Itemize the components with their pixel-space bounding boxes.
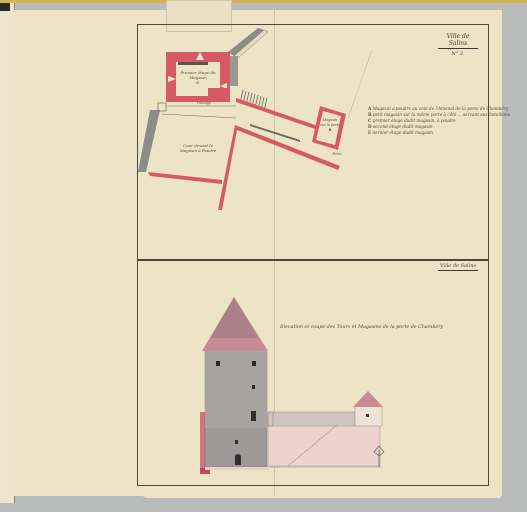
plan-title: Ville de Salins N° 2. <box>438 33 478 57</box>
tower-elevation <box>200 297 384 474</box>
drawings <box>0 0 527 512</box>
legend-item: E dernier étage dudit magasin <box>368 130 510 136</box>
passage-label: Passage <box>192 101 216 106</box>
elevation-title: Ville de Salins <box>438 262 478 272</box>
plan-title-text: Ville de Salins <box>447 33 470 47</box>
plan-number: N° 2. <box>451 51 464 57</box>
elevation-caption: Elevation et coupe des Tours et Magasins… <box>280 325 443 330</box>
small-tower-label: Magasin sur la porte B <box>320 118 340 133</box>
plan-legend: A Magasin a poudre au coin de l'Arsenal … <box>368 106 510 136</box>
gate-label: Porte <box>330 152 344 157</box>
tower-label: Premier étage du Magasin C <box>178 70 218 85</box>
court-label: Cour devant le Magasin à Poudre <box>176 143 220 153</box>
elevation-title-text: Ville de Salins <box>440 263 476 269</box>
